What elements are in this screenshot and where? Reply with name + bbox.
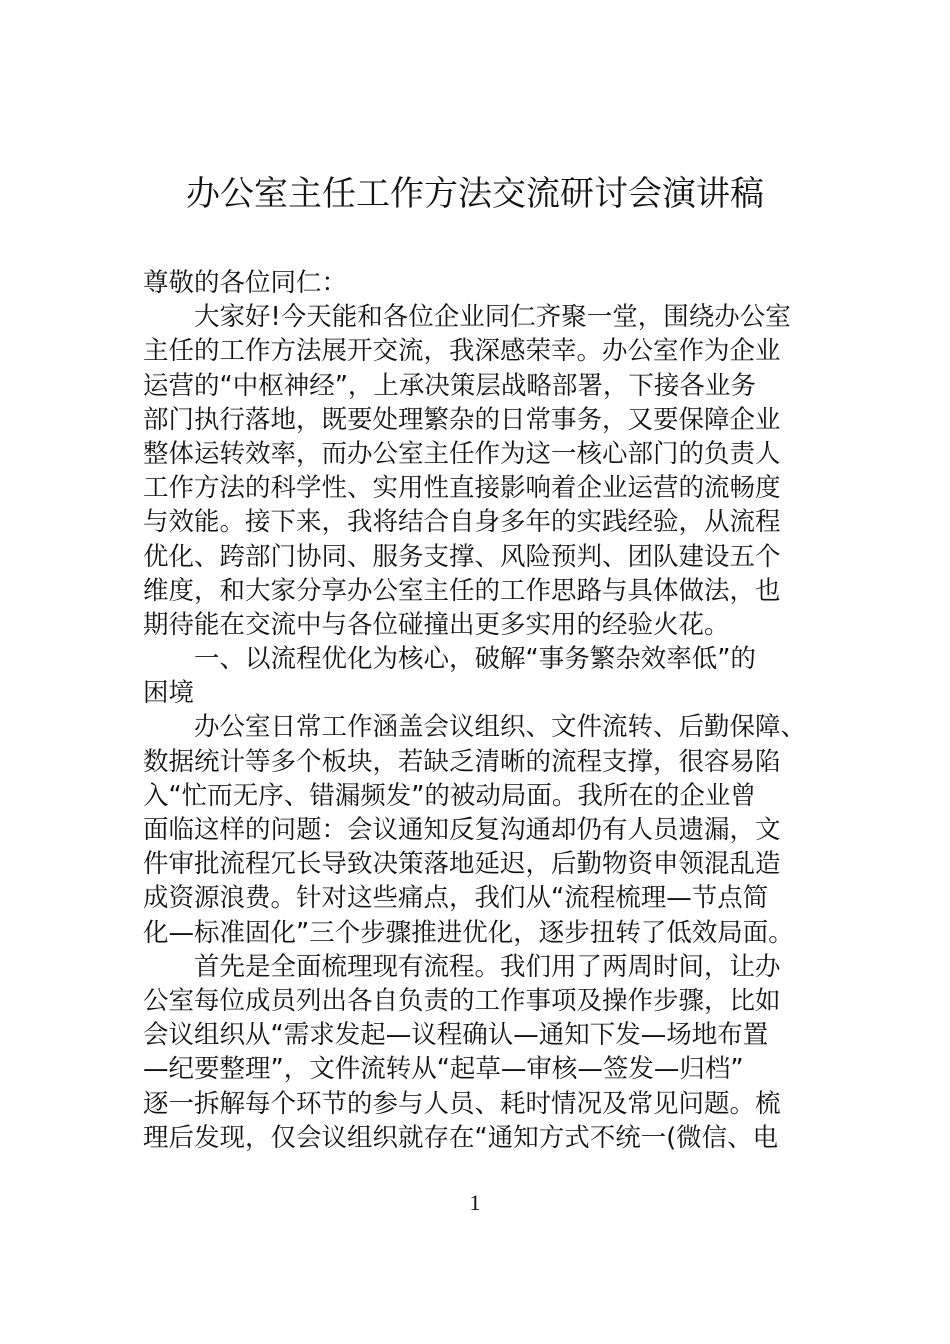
paragraph-line: —纪要整理”，文件流转从“起草—审核—签发—归档” [143, 1052, 823, 1086]
document-body: 尊敬的各位同仁： 大家好!今天能和各位企业同仁齐聚一堂，围绕办公室 主任的工作方… [143, 266, 823, 1155]
paragraph-line: 化—标准固化”三个步骤推进优化，逐步扭转了低效局面。 [143, 916, 823, 950]
paragraph-line: 件审批流程冗长导致决策落地延迟，后勤物资申领混乱造 [143, 847, 823, 881]
paragraph-line: 工作方法的科学性、实用性直接影响着企业运营的流畅度 [143, 471, 823, 505]
paragraph-line: 大家好!今天能和各位企业同仁齐聚一堂，围绕办公室 [143, 300, 823, 334]
paragraph-line: 成资源浪费。针对这些痛点，我们从“流程梳理—节点简 [143, 881, 823, 915]
paragraph-line: 公室每位成员列出各自负责的工作事项及操作步骤，比如 [143, 984, 823, 1018]
document-page: 办公室主任工作方法交流研讨会演讲稿 尊敬的各位同仁： 大家好!今天能和各位企业同… [0, 0, 950, 1344]
section-heading-line: 一、以流程优化为核心，破解“事务繁杂效率低”的 [143, 642, 823, 676]
paragraph-line: 部门执行落地，既要处理繁杂的日常事务，又要保障企业 [143, 403, 823, 437]
salutation-line: 尊敬的各位同仁： [143, 266, 823, 300]
document-title: 办公室主任工作方法交流研讨会演讲稿 [0, 172, 950, 216]
section-heading-line: 困境 [143, 676, 823, 710]
paragraph-line: 面临这样的问题：会议通知反复沟通却仍有人员遗漏，文 [143, 813, 823, 847]
paragraph-line: 入“忙而无序、错漏频发”的被动局面。我所在的企业曾 [143, 779, 823, 813]
paragraph-line: 首先是全面梳理现有流程。我们用了两周时间，让办 [143, 950, 823, 984]
paragraph-line: 主任的工作方法展开交流，我深感荣幸。办公室作为企业 [143, 334, 823, 368]
paragraph-line: 逐一拆解每个环节的参与人员、耗时情况及常见问题。梳 [143, 1087, 823, 1121]
paragraph-line: 期待能在交流中与各位碰撞出更多实用的经验火花。 [143, 608, 823, 642]
paragraph-line: 理后发现，仅会议组织就存在“通知方式不统一(微信、电 [143, 1121, 823, 1155]
paragraph-line: 与效能。接下来，我将结合自身多年的实践经验，从流程 [143, 505, 823, 539]
paragraph-line: 运营的“中枢神经”，上承决策层战略部署，下接各业务 [143, 369, 823, 403]
paragraph-line: 会议组织从“需求发起—议程确认—通知下发—场地布置 [143, 1018, 823, 1052]
paragraph-line: 数据统计等多个板块，若缺乏清晰的流程支撑，很容易陷 [143, 745, 823, 779]
paragraph-line: 优化、跨部门协同、服务支撑、风险预判、团队建设五个 [143, 540, 823, 574]
paragraph-line: 办公室日常工作涵盖会议组织、文件流转、后勤保障、 [143, 710, 823, 744]
paragraph-line: 整体运转效率，而办公室主任作为这一核心部门的负责人 [143, 437, 823, 471]
paragraph-line: 维度，和大家分享办公室主任的工作思路与具体做法，也 [143, 574, 823, 608]
page-number: 1 [0, 1190, 950, 1216]
